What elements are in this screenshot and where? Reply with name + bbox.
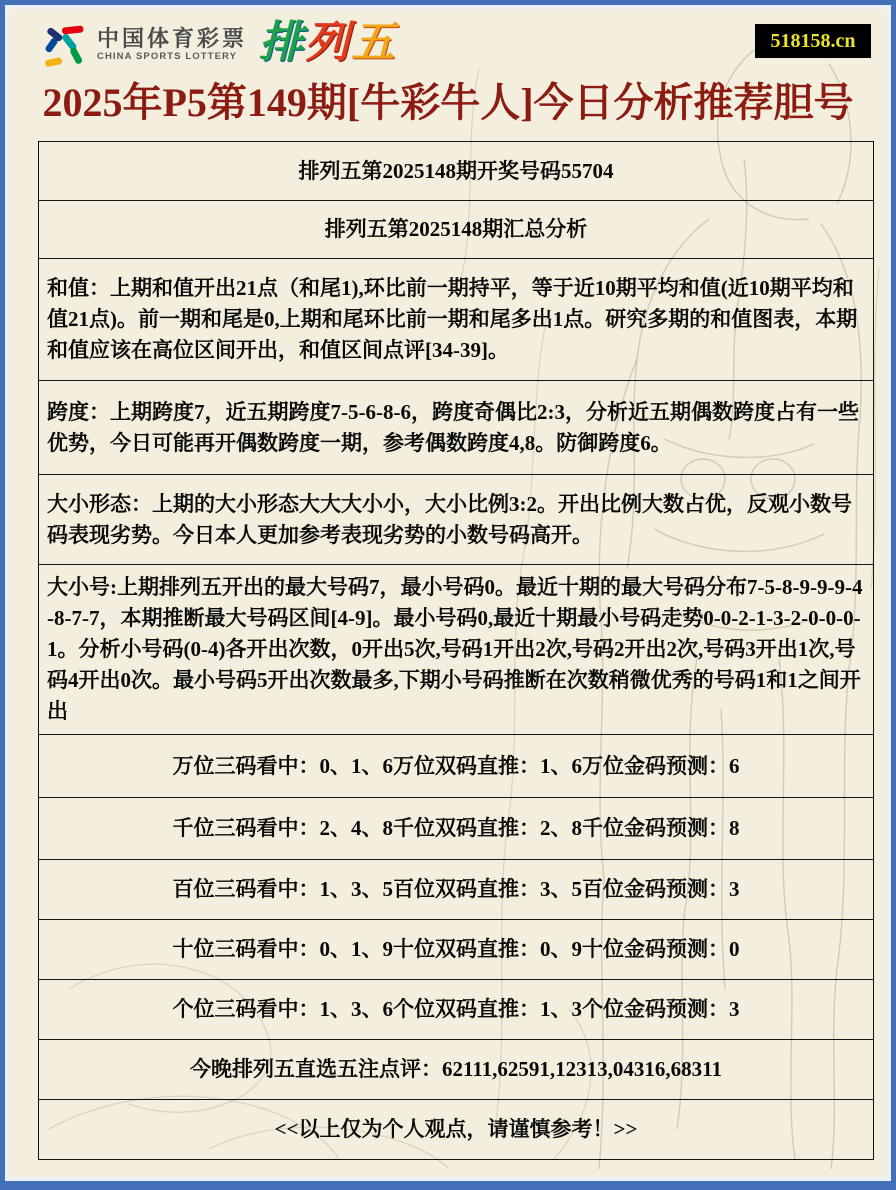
- table-row-minmax-analysis: 大小号:上期排列五开出的最大号码7，最小号码0。最近十期的最大号码分布7-5-8…: [39, 565, 873, 735]
- row-text: 和值：上期和值开出21点（和尾1),环比前一期持平，等于近10期平均和值(近10…: [47, 273, 863, 366]
- table-row-sum-analysis: 和值：上期和值开出21点（和尾1),环比前一期持平，等于近10期平均和值(近10…: [39, 259, 873, 381]
- table-row-direct-picks: 今晚排列五直选五注点评：62111,62591,12313,04316,6831…: [39, 1040, 873, 1100]
- page-content: 中国体育彩票 CHINA SPORTS LOTTERY 排列五 518158.c…: [9, 9, 887, 1177]
- row-text: 大小形态：上期的大小形态大大大小小，大小比例3:2。开出比例大数占优，反观小数号…: [47, 489, 863, 551]
- table-row-draw-result: 排列五第2025148期开奖号码55704: [39, 142, 873, 201]
- table-row-size-pattern: 大小形态：上期的大小形态大大大小小，大小比例3:2。开出比例大数占优，反观小数号…: [39, 475, 873, 565]
- product-char-pai: 排: [259, 17, 305, 68]
- analysis-table: 排列五第2025148期开奖号码55704 排列五第2025148期汇总分析 和…: [38, 141, 874, 1160]
- china-sports-lottery-logo-icon[interactable]: [42, 23, 88, 73]
- product-name-pailiewu: 排列五: [259, 19, 397, 67]
- row-text: 个位三码看中：1、3、6个位双码直推：1、3个位金码预测：3: [173, 994, 740, 1025]
- row-text: 排列五第2025148期开奖号码55704: [299, 156, 614, 187]
- table-row-disclaimer: <<以上仅为个人观点，请谨慎参考！>>: [39, 1100, 873, 1159]
- table-row-qian-prediction: 千位三码看中：2、4、8千位双码直推：2、8千位金码预测：8: [39, 798, 873, 860]
- row-text: 今晚排列五直选五注点评：62111,62591,12313,04316,6831…: [190, 1054, 722, 1085]
- page-title: 2025年P5第149期[牛彩牛人]今日分析推荐胆号: [9, 71, 887, 128]
- row-text: 大小号:上期排列五开出的最大号码7，最小号码0。最近十期的最大号码分布7-5-8…: [47, 572, 863, 727]
- table-row-ge-prediction: 个位三码看中：1、3、6个位双码直推：1、3个位金码预测：3: [39, 980, 873, 1040]
- brand-name-cn: 中国体育彩票: [97, 27, 247, 51]
- table-row-wan-prediction: 万位三码看中：0、1、6万位双码直推：1、6万位金码预测：6: [39, 735, 873, 798]
- row-text: 千位三码看中：2、4、8千位双码直推：2、8千位金码预测：8: [173, 813, 740, 844]
- row-text: 十位三码看中：0、1、9十位双码直推：0、9十位金码预测：0: [173, 934, 740, 965]
- brand-name-en: CHINA SPORTS LOTTERY: [97, 51, 247, 63]
- table-row-bai-prediction: 百位三码看中：1、3、5百位双码直推：3、5百位金码预测：3: [39, 860, 873, 920]
- row-text: 百位三码看中：1、3、5百位双码直推：3、5百位金码预测：3: [173, 874, 740, 905]
- table-row-span-analysis: 跨度：上期跨度7，近五期跨度7-5-6-8-6，跨度奇偶比2:3，分析近五期偶数…: [39, 381, 873, 475]
- row-text: <<以上仅为个人观点，请谨慎参考！>>: [275, 1114, 638, 1145]
- table-row-shi-prediction: 十位三码看中：0、1、9十位双码直推：0、9十位金码预测：0: [39, 920, 873, 980]
- header: 中国体育彩票 CHINA SPORTS LOTTERY 排列五: [42, 23, 397, 73]
- table-row-summary-heading: 排列五第2025148期汇总分析: [39, 201, 873, 259]
- row-text: 万位三码看中：0、1、6万位双码直推：1、6万位金码预测：6: [173, 751, 740, 782]
- row-text: 排列五第2025148期汇总分析: [325, 214, 588, 245]
- brand-block: 中国体育彩票 CHINA SPORTS LOTTERY: [97, 27, 247, 63]
- page-frame: 中国体育彩票 CHINA SPORTS LOTTERY 排列五 518158.c…: [5, 5, 891, 1181]
- site-badge[interactable]: 518158.cn: [755, 24, 871, 58]
- row-text: 跨度：上期跨度7，近五期跨度7-5-6-8-6，跨度奇偶比2:3，分析近五期偶数…: [47, 397, 863, 459]
- product-char-wu: 五: [351, 17, 397, 68]
- product-char-lie: 列: [305, 17, 351, 68]
